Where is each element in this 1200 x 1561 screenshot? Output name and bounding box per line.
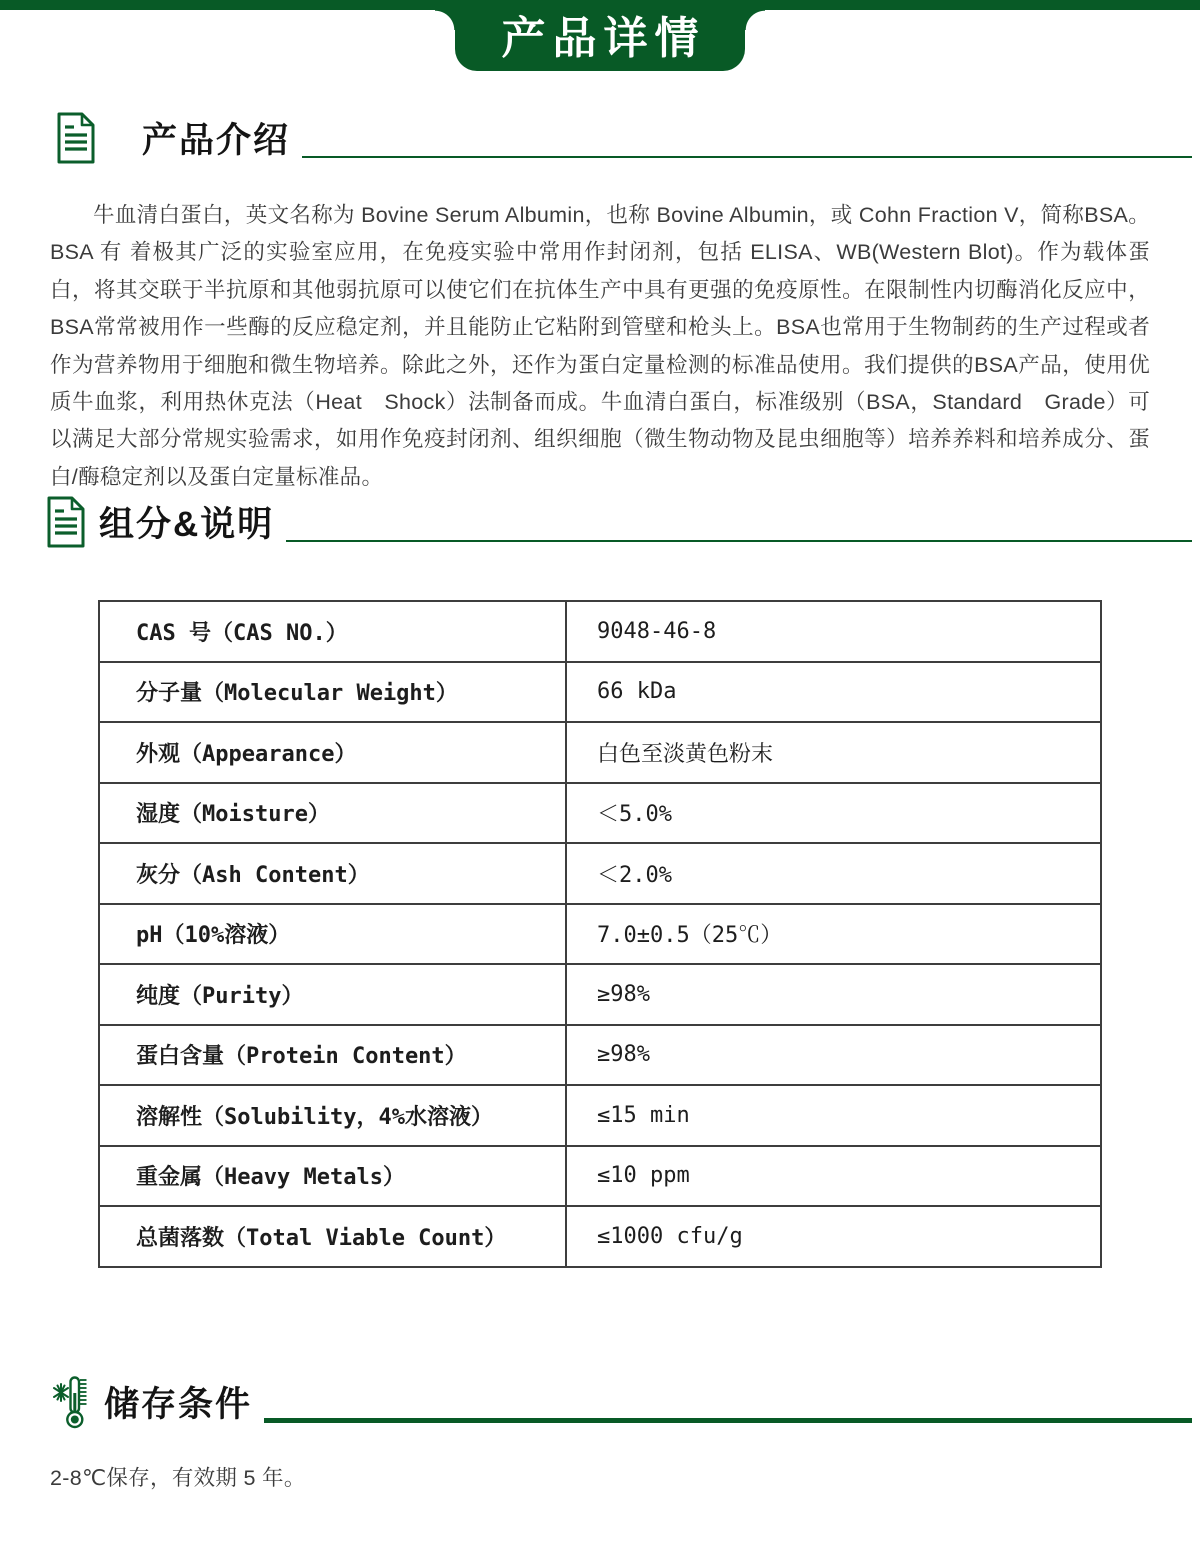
page-title: 产品详情 bbox=[495, 2, 706, 70]
table-row: 湿度（Moisture） ＜5.0% bbox=[99, 783, 1101, 844]
spec-label: pH（10%溶液） bbox=[99, 904, 566, 965]
specs-table: CAS 号（CAS NO.） 9048-46-8 分子量（Molecular W… bbox=[98, 600, 1102, 1268]
section-title-storage: 储存条件 bbox=[104, 1377, 252, 1427]
document-icon bbox=[46, 496, 86, 548]
table-row: 外观（Appearance） 白色至淡黄色粉末 bbox=[99, 722, 1101, 783]
thermometer-snowflake-icon bbox=[52, 1375, 90, 1429]
section-rule bbox=[302, 156, 1192, 158]
spec-label: 外观（Appearance） bbox=[99, 722, 566, 783]
table-row: 重金属（Heavy Metals） ≤10 ppm bbox=[99, 1146, 1101, 1207]
banner-tab: 产品详情 bbox=[455, 0, 745, 71]
spec-value: ≤15 min bbox=[566, 1085, 1101, 1146]
spec-value: 9048-46-8 bbox=[566, 601, 1101, 662]
spec-value: ＜5.0% bbox=[566, 783, 1101, 844]
spec-value: ≤10 ppm bbox=[566, 1146, 1101, 1207]
storage-note: 2-8℃保存，有效期 5 年。 bbox=[50, 1461, 306, 1492]
section-rule bbox=[264, 1418, 1192, 1423]
table-row: 总菌落数（Total Viable Count） ≤1000 cfu/g bbox=[99, 1206, 1101, 1267]
table-row: 蛋白含量（Protein Content） ≥98% bbox=[99, 1025, 1101, 1086]
section-header-storage: 储存条件 bbox=[52, 1374, 1192, 1430]
spec-value: 66 kDa bbox=[566, 662, 1101, 723]
spec-label: CAS 号（CAS NO.） bbox=[99, 601, 566, 662]
spec-label: 灰分（Ash Content） bbox=[99, 843, 566, 904]
table-row: pH（10%溶液） 7.0±0.5（25℃） bbox=[99, 904, 1101, 965]
section-title-specs: 组分&说明 bbox=[99, 497, 274, 547]
spec-label: 蛋白含量（Protein Content） bbox=[99, 1025, 566, 1086]
spec-label: 总菌落数（Total Viable Count） bbox=[99, 1206, 566, 1267]
section-header-intro: 产品介绍 bbox=[56, 110, 1192, 166]
table-row: 纯度（Purity） ≥98% bbox=[99, 964, 1101, 1025]
spec-value: ≥98% bbox=[566, 964, 1101, 1025]
table-row: 分子量（Molecular Weight） 66 kDa bbox=[99, 662, 1101, 723]
spec-label: 湿度（Moisture） bbox=[99, 783, 566, 844]
spec-value: ≥98% bbox=[566, 1025, 1101, 1086]
table-row: 灰分（Ash Content） ＜2.0% bbox=[99, 843, 1101, 904]
section-header-specs: 组分&说明 bbox=[46, 494, 1192, 550]
intro-paragraph: 牛血清白蛋白，英文名称为 Bovine Serum Albumin，也称 Bov… bbox=[50, 197, 1150, 496]
spec-label: 重金属（Heavy Metals） bbox=[99, 1146, 566, 1207]
spec-label: 溶解性（Solubility，4%水溶液） bbox=[99, 1085, 566, 1146]
section-title-intro: 产品介绍 bbox=[142, 113, 290, 163]
document-icon bbox=[56, 112, 96, 164]
spec-value: ＜2.0% bbox=[566, 843, 1101, 904]
spec-value: 7.0±0.5（25℃） bbox=[566, 904, 1101, 965]
table-row: CAS 号（CAS NO.） 9048-46-8 bbox=[99, 601, 1101, 662]
section-rule bbox=[286, 540, 1192, 542]
spec-value: ≤1000 cfu/g bbox=[566, 1206, 1101, 1267]
spec-label: 分子量（Molecular Weight） bbox=[99, 662, 566, 723]
spec-label: 纯度（Purity） bbox=[99, 964, 566, 1025]
spec-value: 白色至淡黄色粉末 bbox=[566, 722, 1101, 783]
table-row: 溶解性（Solubility，4%水溶液） ≤15 min bbox=[99, 1085, 1101, 1146]
